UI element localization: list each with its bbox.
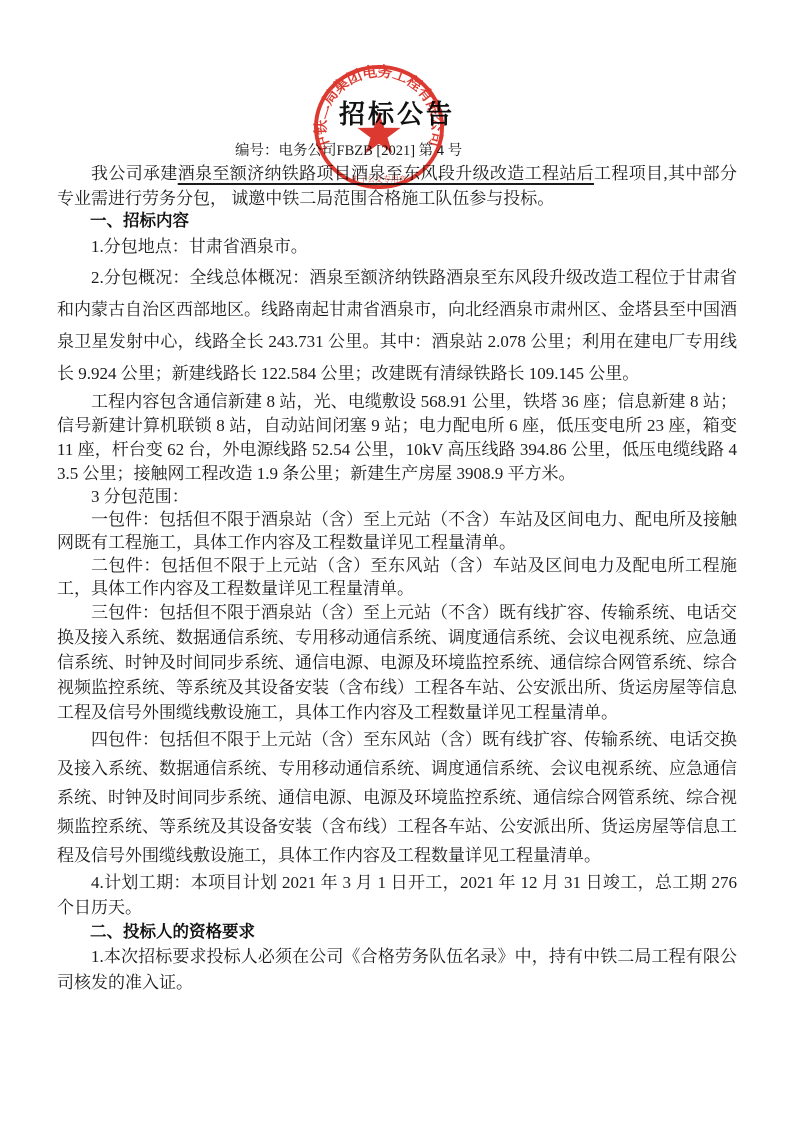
para-package-four: 四包件：包括但不限于上元站（含）至东风站（含）既有线扩容、传输系统、电话交换及接… (57, 725, 737, 870)
para-project-scope: 工程内容包含通信新建 8 站，光、电缆敷设 568.91 公里，铁塔 36 座；… (57, 390, 737, 486)
para-package-two: 二包件：包括但不限于上元站（含）至东风站（含）车站及区间电力及配电所工程施工，具… (57, 554, 737, 600)
page-title: 招标公告 (57, 98, 737, 130)
section2-heading: 二、投标人的资格要求 (57, 920, 737, 944)
document-number: 编号：电务公司FBZB [2021] 第 4 号 (235, 141, 737, 161)
intro-paragraph: 我公司承建酒泉至额济纳铁路项目酒泉至东风段升级改造工程站后工程项目,其中部分专业… (57, 161, 737, 211)
para-subpackage-overview: 2.分包概况：全线总体概况：酒泉至额济纳铁路酒泉至东风段升级改造工程位于甘肃省和… (57, 262, 737, 390)
document-content: 招标公告 编号：电务公司FBZB [2021] 第 4 号 我公司承建酒泉至额济… (57, 0, 737, 996)
para-bidder-qualification: 1.本次招标要求投标人必须在公司《合格劳务队伍名录》中，持有中铁二局工程有限公司… (57, 944, 737, 996)
para-subpackage-range-label: 3 分包范围： (57, 486, 737, 508)
section1-heading: 一、招标内容 (57, 211, 737, 231)
para-planned-schedule: 4.计划工期：本项目计划 2021 年 3 月 1 日开工，2021 年 12 … (57, 870, 737, 920)
para-subpackage-location: 1.分包地点：甘肃省酒泉市。 (57, 231, 737, 262)
para-package-three: 三包件：包括但不限于酒泉站（含）至上元站（不含）既有线扩容、传输系统、电话交换及… (57, 600, 737, 725)
tender-announcement-page: 招标公告 编号：电务公司FBZB [2021] 第 4 号 我公司承建酒泉至额济… (0, 0, 794, 1123)
intro-prefix: 我公司承建 (91, 164, 178, 183)
para-package-one: 一包件：包括但不限于酒泉站（含）至上元站（不含）车站及区间电力、配电所及接触网既… (57, 508, 737, 554)
intro-underlined-project-name: 酒泉至额济纳铁路项目酒泉至东风段升级改造工程站后 (178, 164, 594, 183)
